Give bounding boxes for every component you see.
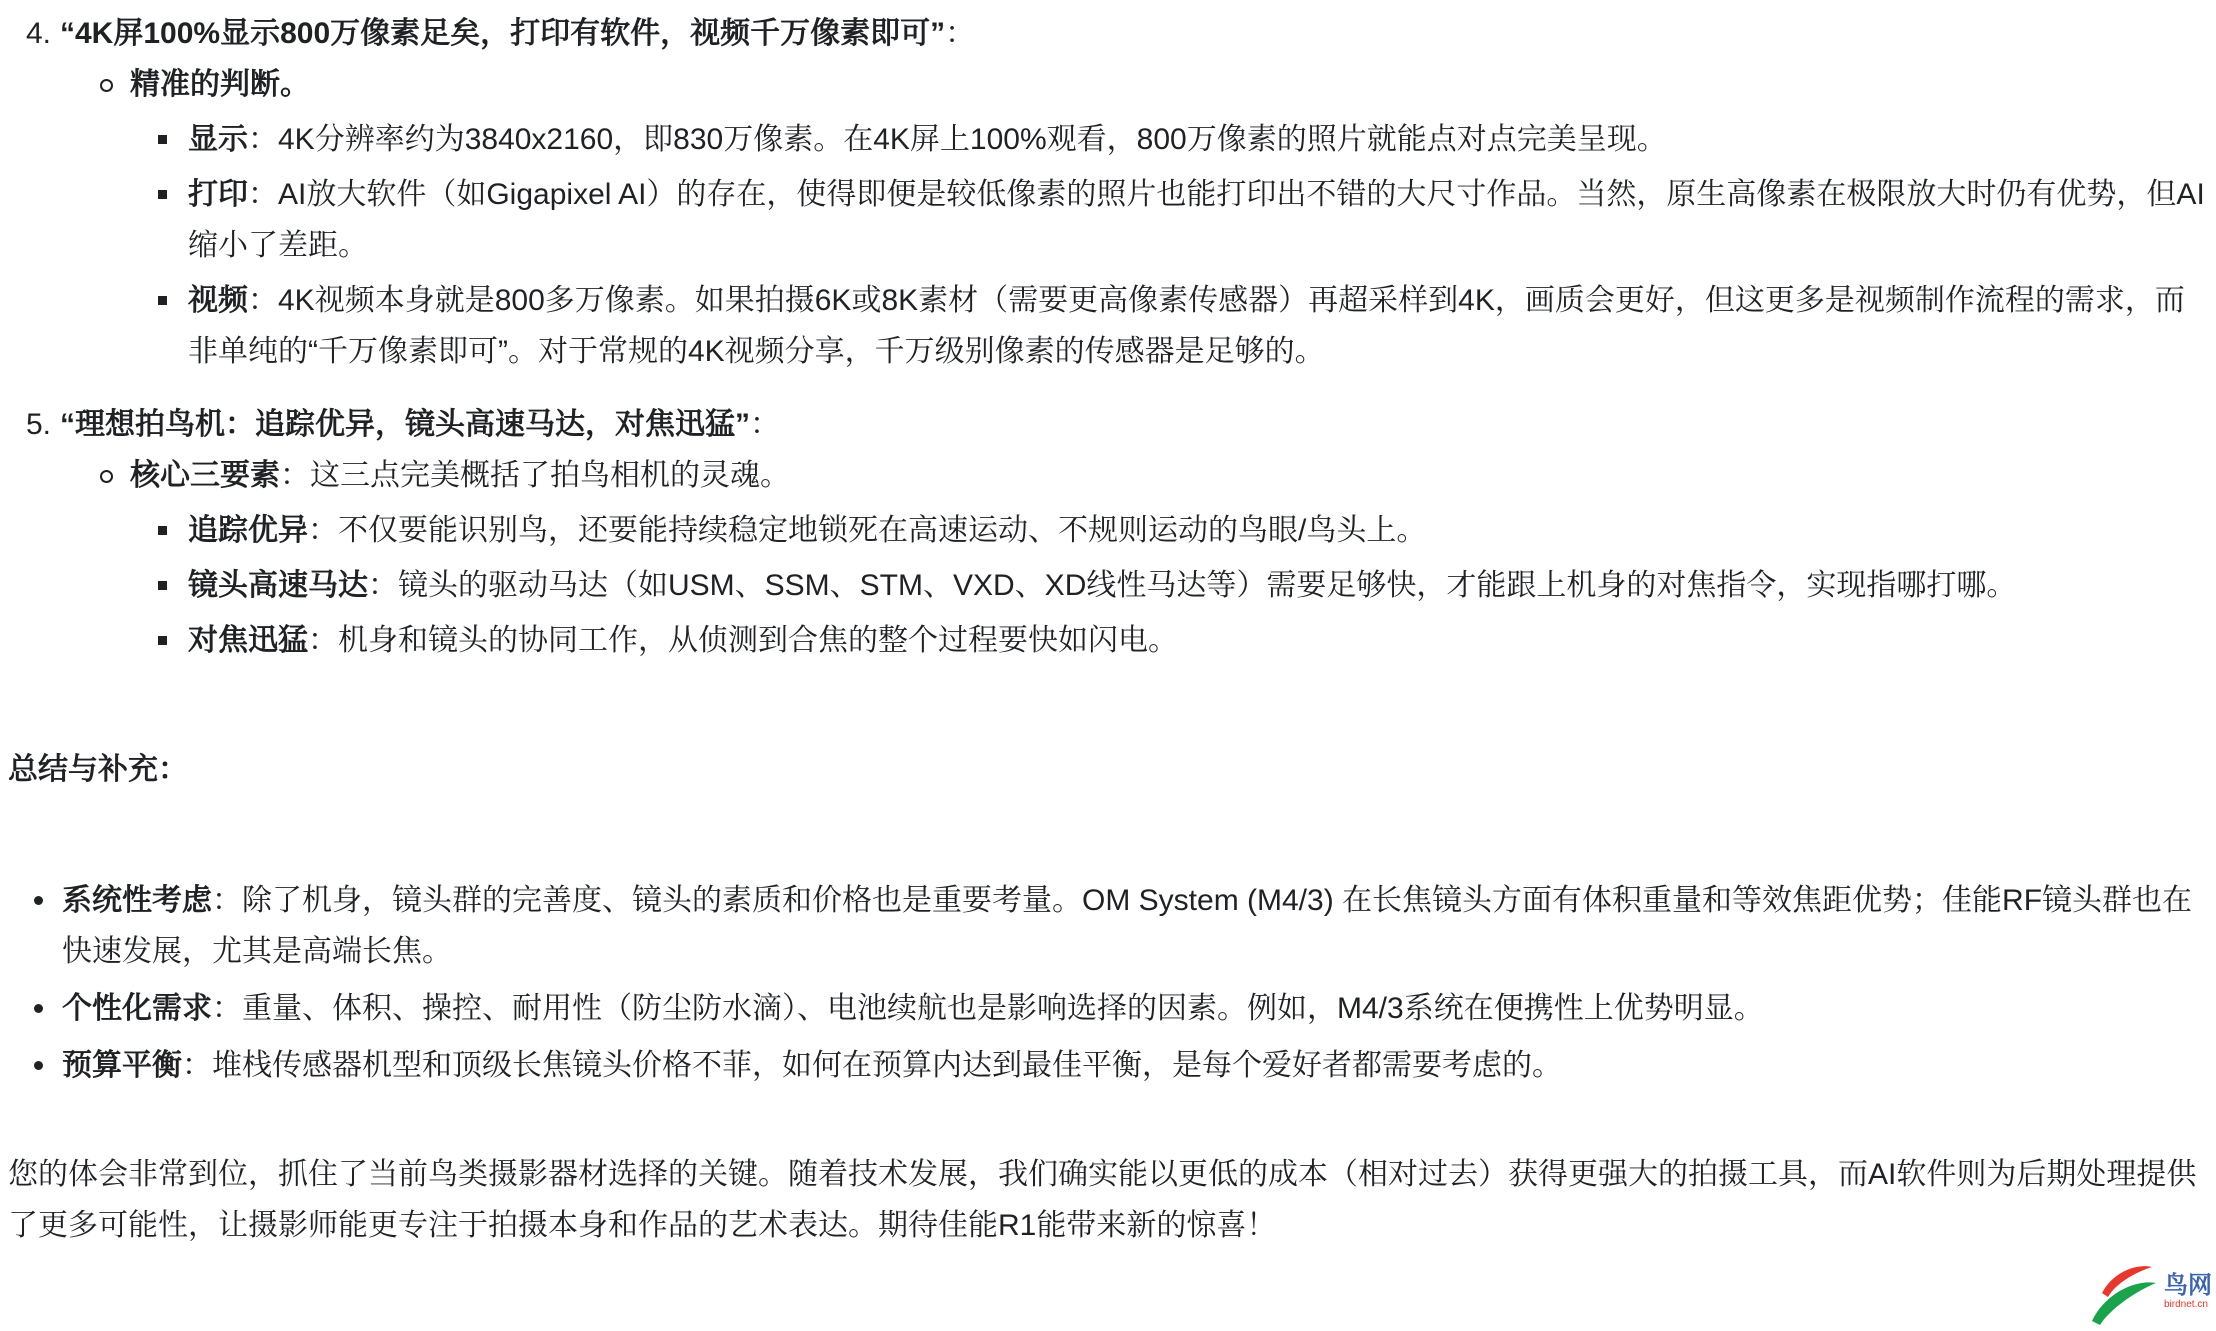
point-label: 打印 [188, 178, 248, 211]
sub-item-rest: ：这三点完美概括了拍鸟相机的灵魂。 [280, 459, 790, 492]
point-text: 打印：AI放大软件（如Gigapixel AI）的存在，使得即便是较低像素的照片… [188, 169, 2206, 271]
square-bullet-icon [158, 505, 188, 535]
sub-item-bold: 精准的判断。 [130, 68, 310, 101]
point-focus-speed: 对焦迅猛：机身和镜头的协同工作，从侦测到合焦的整个过程要快如闪电。 [0, 615, 2216, 666]
watermark-text: 鸟网 birdnet.cn [2164, 1274, 2212, 1310]
circle-bullet-icon [100, 450, 130, 483]
point-body: ：不仅要能识别鸟，还要能持续稳定地锁死在高速运动、不规则运动的鸟眼/鸟头上。 [308, 514, 1426, 547]
bullet-rest: ：堆栈传感器机型和顶级长焦镜头价格不菲，如何在预算内达到最佳平衡，是每个爱好者都… [182, 1049, 1562, 1082]
sub-item: 精准的判断。 [0, 59, 2216, 110]
point-body: ：AI放大软件（如Gigapixel AI）的存在，使得即便是较低像素的照片也能… [188, 178, 2205, 262]
item-4-colon: ： [945, 17, 975, 50]
watermark-name: 鸟网 [2164, 1274, 2212, 1298]
point-text: 对焦迅猛：机身和镜头的协同工作，从侦测到合焦的整个过程要快如闪电。 [188, 615, 2206, 666]
point-body: ：镜头的驱动马达（如USM、SSM、STM、VXD、XD线性马达等）需要足够快，… [368, 569, 2016, 602]
birdnet-logo-icon [2090, 1255, 2162, 1329]
point-label: 视频 [188, 284, 248, 317]
square-bullet-icon [158, 560, 188, 590]
point-body: ：4K分辨率约为3840x2160，即830万像素。在4K屏上100%观看，80… [248, 123, 1667, 156]
dot-bullet-icon [34, 983, 62, 1013]
point-text: 视频：4K视频本身就是800多万像素。如果拍摄6K或8K素材（需要更高像素传感器… [188, 275, 2206, 377]
summary-heading: 总结与补充： [0, 744, 2216, 795]
list-item-5: 5. “理想拍鸟机：追踪优异，镜头高速马达，对焦迅猛”： [0, 399, 2216, 450]
bullet-text: 系统性考虑：除了机身，镜头群的完善度、镜头的素质和价格也是重要考量。OM Sys… [62, 875, 2206, 977]
square-bullet-icon [158, 275, 188, 305]
sub-item-bold: 核心三要素 [130, 459, 280, 492]
sub-item-text: 精准的判断。 [130, 59, 2206, 110]
item-4-title: “4K屏100%显示800万像素足矣，打印有软件，视频千万像素即可” [60, 17, 945, 50]
list-item-4: 4. “4K屏100%显示800万像素足矣，打印有软件，视频千万像素即可”： [0, 8, 2216, 59]
point-display: 显示：4K分辨率约为3840x2160，即830万像素。在4K屏上100%观看，… [0, 114, 2216, 165]
summary-bullet-personal: 个性化需求：重量、体积、操控、耐用性（防尘防水滴）、电池续航也是影响选择的因素。… [0, 983, 2216, 1034]
bullet-text: 预算平衡：堆栈传感器机型和顶级长焦镜头价格不菲，如何在预算内达到最佳平衡，是每个… [62, 1040, 2206, 1091]
bullet-bold: 预算平衡 [62, 1049, 182, 1082]
dot-bullet-icon [34, 875, 62, 905]
point-label: 对焦迅猛 [188, 624, 308, 657]
square-bullet-icon [158, 169, 188, 199]
square-bullet-icon [158, 114, 188, 144]
point-lens-motor: 镜头高速马达：镜头的驱动马达（如USM、SSM、STM、VXD、XD线性马达等）… [0, 560, 2216, 611]
point-text: 显示：4K分辨率约为3840x2160，即830万像素。在4K屏上100%观看，… [188, 114, 2206, 165]
dot-bullet-icon [34, 1040, 62, 1070]
list-item-title: “理想拍鸟机：追踪优异，镜头高速马达，对焦迅猛”： [60, 399, 2206, 450]
list-item-title: “4K屏100%显示800万像素足矣，打印有软件，视频千万像素即可”： [60, 8, 2206, 59]
item-5-title: “理想拍鸟机：追踪优异，镜头高速马达，对焦迅猛” [60, 408, 750, 441]
square-bullet-icon [158, 615, 188, 645]
document-body: 4. “4K屏100%显示800万像素足矣，打印有软件，视频千万像素即可”： 精… [0, 0, 2216, 1251]
bullet-bold: 个性化需求 [62, 992, 212, 1025]
point-text: 镜头高速马达：镜头的驱动马达（如USM、SSM、STM、VXD、XD线性马达等）… [188, 560, 2206, 611]
point-video: 视频：4K视频本身就是800多万像素。如果拍摄6K或8K素材（需要更高像素传感器… [0, 275, 2216, 377]
sub-item: 核心三要素：这三点完美概括了拍鸟相机的灵魂。 [0, 450, 2216, 501]
point-label: 显示 [188, 123, 248, 156]
list-number: 4. [26, 8, 60, 59]
item-5-colon: ： [750, 408, 780, 441]
closing-paragraph: 您的体会非常到位，抓住了当前鸟类摄影器材选择的关键。随着技术发展，我们确实能以更… [0, 1149, 2216, 1251]
point-text: 追踪优异：不仅要能识别鸟，还要能持续稳定地锁死在高速运动、不规则运动的鸟眼/鸟头… [188, 505, 2206, 556]
bullet-bold: 系统性考虑 [62, 884, 212, 917]
point-label: 追踪优异 [188, 514, 308, 547]
bullet-rest: ：除了机身，镜头群的完善度、镜头的素质和价格也是重要考量。OM System (… [62, 884, 2192, 968]
birdnet-watermark: 鸟网 birdnet.cn [2090, 1255, 2212, 1329]
watermark-domain: birdnet.cn [2164, 1300, 2212, 1310]
bullet-rest: ：重量、体积、操控、耐用性（防尘防水滴）、电池续航也是影响选择的因素。例如，M4… [212, 992, 1764, 1025]
point-body: ：4K视频本身就是800多万像素。如果拍摄6K或8K素材（需要更高像素传感器）再… [188, 284, 2185, 368]
list-number: 5. [26, 399, 60, 450]
bullet-text: 个性化需求：重量、体积、操控、耐用性（防尘防水滴）、电池续航也是影响选择的因素。… [62, 983, 2206, 1034]
summary-bullet-system: 系统性考虑：除了机身，镜头群的完善度、镜头的素质和价格也是重要考量。OM Sys… [0, 875, 2216, 977]
point-tracking: 追踪优异：不仅要能识别鸟，还要能持续稳定地锁死在高速运动、不规则运动的鸟眼/鸟头… [0, 505, 2216, 556]
point-body: ：机身和镜头的协同工作，从侦测到合焦的整个过程要快如闪电。 [308, 624, 1178, 657]
summary-bullet-budget: 预算平衡：堆栈传感器机型和顶级长焦镜头价格不菲，如何在预算内达到最佳平衡，是每个… [0, 1040, 2216, 1091]
point-print: 打印：AI放大软件（如Gigapixel AI）的存在，使得即便是较低像素的照片… [0, 169, 2216, 271]
point-label: 镜头高速马达 [188, 569, 368, 602]
circle-bullet-icon [100, 59, 130, 92]
sub-item-text: 核心三要素：这三点完美概括了拍鸟相机的灵魂。 [130, 450, 2206, 501]
summary-bullet-list: 系统性考虑：除了机身，镜头群的完善度、镜头的素质和价格也是重要考量。OM Sys… [0, 875, 2216, 1091]
